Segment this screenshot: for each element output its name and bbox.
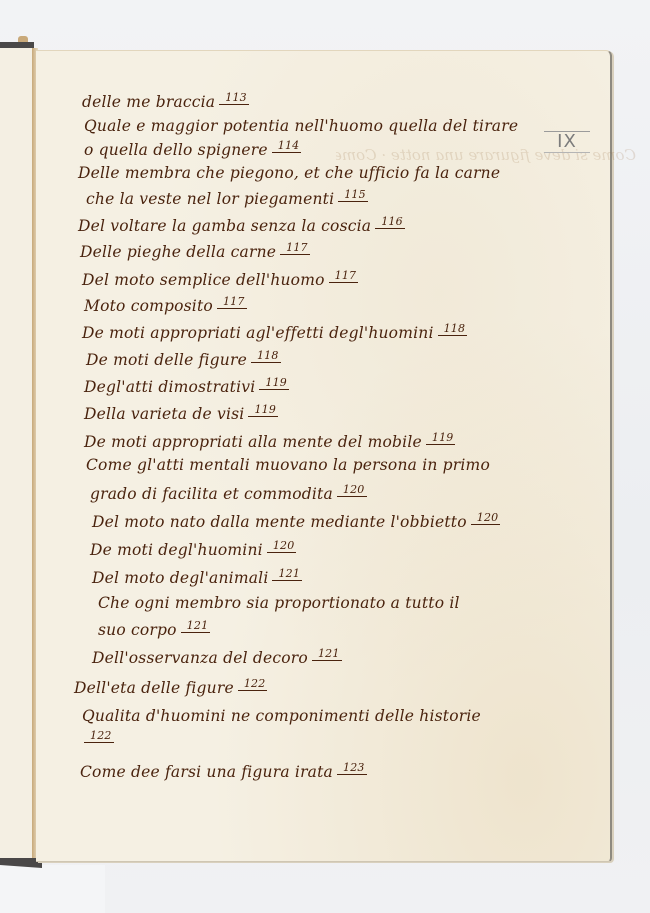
index-entry: grado di facilita et commodita120 [90,483,367,503]
index-entry: Del moto degl'animali121 [92,567,302,587]
page-ref: 113 [219,91,249,105]
page-ref: 114 [272,139,302,153]
index-entry: Moto composito117 [84,295,247,315]
index-entry: Dell'osservanza del decoro121 [92,647,342,667]
index-entry: De moti appropriati alla mente del mobil… [84,431,455,451]
page-ref: 119 [259,376,289,390]
index-entry: Della varieta de visi119 [84,403,278,423]
page-ref: 123 [337,761,367,775]
index-entries: delle me braccia113 Quale e maggior pote… [36,51,610,861]
index-entry: o quella dello spignere114 [84,139,301,159]
page-ref: 118 [438,322,468,336]
index-entry: Del moto nato dalla mente mediante l'obb… [92,511,500,531]
page-ref: 119 [426,431,456,445]
page-ref: 117 [329,269,359,283]
page-ref: 118 [251,349,281,363]
page-ref: 120 [471,511,501,525]
page-ref: 122 [84,729,114,743]
index-entry: Delle pieghe della carne117 [80,241,310,261]
page-ref: 117 [217,295,247,309]
index-entry: Che ogni membro sia proportionato a tutt… [98,594,460,612]
page-ref: 117 [280,241,310,255]
index-entry: De moti appropriati agl'effetti degl'huo… [82,322,467,342]
index-entry: De moti delle figure118 [86,349,281,369]
page-ref: 121 [312,647,342,661]
index-entry: Come dee farsi una figura irata123 [80,761,367,781]
index-entry: Degl'atti dimostrativi119 [84,376,289,396]
page-ref: 120 [337,483,367,497]
backdrop-card [0,865,105,913]
page-ref: 115 [338,188,368,202]
index-entry: suo corpo121 [98,619,210,639]
page-ref: 122 [238,677,268,691]
index-entry: che la veste nel lor piegamenti115 [86,188,368,208]
index-entry: Del moto semplice dell'huomo117 [82,269,358,289]
index-entry: Qualita d'huomini ne componimenti delle … [82,707,481,725]
index-entry: 122 [80,729,114,749]
page-ref: 121 [181,619,211,633]
index-entry: Delle membra che piegono, et che ufficio… [78,164,500,182]
index-entry: De moti degl'huomini120 [90,539,296,559]
manuscript-page: Come si deve figurare una notte · Come s… [36,50,612,862]
page-ref: 120 [267,539,297,553]
index-entry: Come gl'atti mentali muovano la persona … [86,456,490,474]
left-page-edge [0,48,34,860]
index-entry: Dell'eta delle figure122 [74,677,267,697]
page-ref: 119 [248,403,278,417]
index-entry: delle me braccia113 [82,91,249,111]
page-ref: 121 [272,567,302,581]
page-ref: 116 [375,215,405,229]
index-entry: Quale e maggior potentia nell'huomo quel… [84,117,518,135]
index-entry: Del voltare la gamba senza la coscia116 [78,215,405,235]
